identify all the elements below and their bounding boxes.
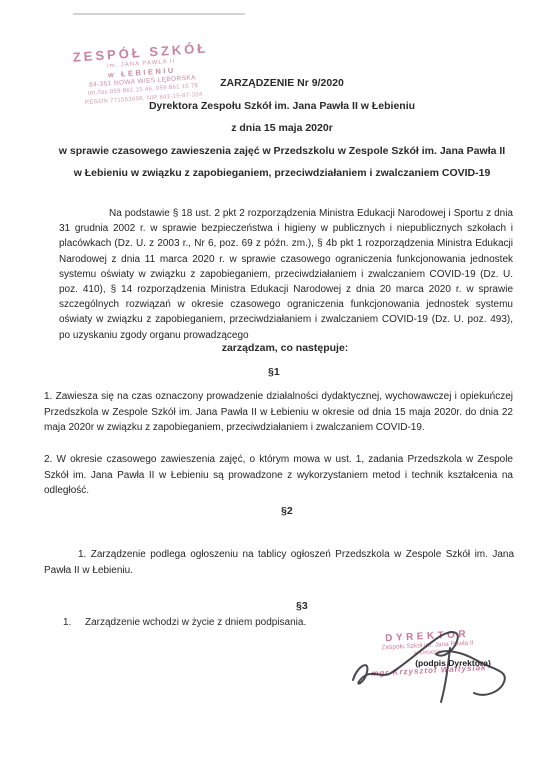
legal-basis-preamble: Na podstawie § 18 ust. 2 pkt 2 rozporząd…	[59, 206, 513, 343]
section-2-heading: §2	[281, 505, 293, 517]
title-ordinance-number: ZARZĄDZENIE Nr 9/2020	[22, 78, 542, 89]
title-date: z dnia 15 maja 2020r	[22, 123, 542, 134]
handwritten-signature	[340, 624, 530, 722]
list-item-text: Zarządzenie wchodzi w życie z dniem podp…	[85, 617, 306, 628]
document-title-block: ZARZĄDZENIE Nr 9/2020 Dyrektora Zespołu …	[22, 78, 542, 191]
title-issuer: Dyrektora Zespołu Szkół im. Jana Pawła I…	[22, 101, 542, 112]
title-subject-line-1: w sprawie czasowego zawieszenia zajęć w …	[22, 146, 542, 157]
section-3-heading: §3	[296, 600, 308, 612]
ordain-line: zarządzam, co następuje:	[30, 342, 540, 354]
section-1-paragraph-1: 1. Zawiesza się na czas oznaczony prowad…	[44, 389, 513, 436]
section-2-paragraph-1: 1. Zarządzenie podlega ogłoszeniu na tab…	[44, 547, 514, 578]
section-1-heading: §1	[268, 366, 280, 378]
title-subject-line-2: w Łebieniu w związku z zapobieganiem, pr…	[22, 168, 542, 179]
document-page: ZESPÓŁ SZKÓŁ im. JANA PAWŁA II w ŁEBIENI…	[0, 0, 543, 768]
section-3-list-item: 1.Zarządzenie wchodzi w życie z dniem po…	[63, 617, 306, 628]
scan-artifact-line	[73, 13, 245, 15]
section-1-paragraph-2: 2. W okresie czasowego zawieszenia zajęć…	[44, 452, 513, 499]
list-item-number: 1.	[63, 617, 85, 628]
